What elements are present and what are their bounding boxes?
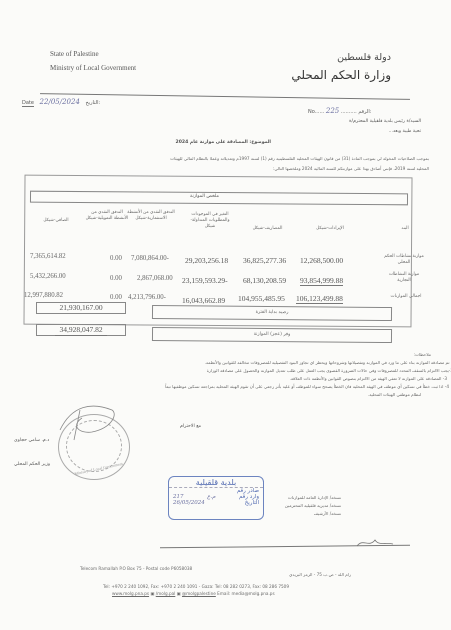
footer-address-en: Telecom Ramallah P.O Box 75 - Postal cod…: [80, 566, 192, 571]
col-header-working-capital: التغير في الموجودات والمطلوبات المتداولة…: [186, 212, 234, 231]
signature-scribble-icon: [52, 400, 122, 445]
stamp-date-row: التاريخ 26/05/2024: [169, 500, 263, 506]
body-line-2: المحلية لسنة 2019، فإنني أصادق بهذا على …: [273, 166, 429, 171]
row-3-net: 12,997,880.82: [24, 292, 63, 299]
header-ministry-ar: وزارة الحكم المحلي: [291, 68, 391, 82]
row-1-net: 7,365,614.82: [30, 253, 66, 260]
col-header-item: البند: [390, 226, 420, 232]
date-label-en: Date: [22, 100, 34, 107]
cc-item-2: نسخة/ مديرية قلقيلية المحترمين: [285, 503, 341, 508]
surplus-label-box: وفر (عجز) الموازنة: [152, 327, 392, 343]
row-1-financing: 0.00: [110, 255, 122, 262]
row-1-item: موازنة نشاطات الحكم المحلي: [384, 254, 424, 266]
ref-row: No...... 225 .......... الرقم:: [308, 107, 371, 115]
signer-name: د.م. سامي حجاوي: [14, 438, 49, 443]
opening-balance-label-box: رصيد بداية الفترة: [152, 305, 392, 321]
header-state-en: State of Palestine: [50, 50, 99, 58]
row-3-revenues: 106,123,499.88: [296, 294, 343, 304]
row-3-item: اجمالي الموازنات: [386, 294, 426, 300]
col-header-net: الصافي-شيكل: [36, 218, 76, 224]
row-3-investing: 4,213,796.00-: [128, 294, 166, 301]
row-3-expenses: 104,955,485.95: [238, 294, 285, 303]
row-2-revenues: 93,854,999.88: [300, 276, 343, 286]
note-5: لنظام موظفي الهيئات المحلية.: [368, 392, 421, 397]
initials-scribble-icon: [355, 536, 395, 550]
ref-label-en: No: [308, 109, 315, 115]
col-header-expenses: المصاريف-شيكل: [240, 226, 295, 232]
row-2-expenses: 68,130,208.59: [243, 276, 286, 285]
greeting: تحية طيبة وبعد...: [389, 129, 421, 134]
budget-summary-title: ملخص الموازنة: [190, 194, 219, 199]
row-1-working-capital: 29,203,256.18: [185, 256, 228, 265]
row-1-expenses: 36,825,277.36: [243, 256, 286, 265]
twitter-link[interactable]: @molgpalestine: [182, 591, 216, 596]
cc-item-3: نسخة/ الأرشيف: [314, 511, 341, 516]
row-2-investing: 2,867,068.00: [137, 275, 173, 282]
row-2-financing: 0.00: [110, 275, 122, 282]
row-1-investing: 7,080,864.00-: [131, 255, 169, 262]
row-2-net: 5,432,266.00: [30, 273, 66, 280]
stamp-incoming-ref: م.ع: [207, 494, 215, 500]
row-2-working-capital: 23,159,593.29-: [182, 276, 228, 285]
row-2-item: موازنة النشاطات التجارية: [384, 272, 424, 284]
ref-value: 225: [326, 107, 339, 115]
notes-title: ملاحظات:: [414, 352, 431, 357]
twitter-icon: ▣: [177, 591, 181, 596]
stamp-outgoing-label: صادر رقم: [169, 487, 263, 494]
stamp-date-label: التاريخ: [245, 500, 259, 506]
header-ministry-en: Ministry of Local Government: [50, 64, 136, 72]
note-4: 4- اذا ثبت خطأ في تسكين أي موظف في الهيئ…: [165, 384, 449, 389]
ref-label-ar: الرقم:: [358, 109, 371, 115]
col-header-revenues: الإيرادات-شيكل: [300, 226, 360, 232]
row-3-financing: 0.00: [110, 294, 122, 301]
footer-address-ar: رام الله - ص.ب 75 - الرمز البريدي: [289, 572, 351, 577]
note-2: 2-يجب الالتزام بالسقف المحدد للمصروفات و…: [207, 368, 451, 373]
surplus-label: وفر (عجز) الموازنة: [153, 328, 391, 342]
date-value: 22/05/2024: [40, 98, 80, 106]
opening-balance-value: 21,930,167.00: [37, 303, 125, 313]
email-label: Email:: [217, 591, 230, 596]
surplus-value: 34,928,047.82: [55, 325, 107, 336]
date-label-ar: التاريخ:: [86, 100, 101, 106]
header-state-ar: دولة فلسطين: [337, 52, 391, 63]
note-3: 3- المصادقة على الموازنة لا تعفي الهيئة …: [290, 376, 447, 381]
col-header-financing: التدفق النقدي من الأنشطة التمويلية-شيكل: [84, 210, 130, 222]
opening-balance-value-box: 21,930,167.00: [36, 302, 126, 314]
row-3-working-capital: 16,043,662.89: [182, 296, 225, 305]
body-line-1: بموجب الصلاحيات المخولة لي بموجب المادة …: [170, 156, 429, 161]
footer-phones: Tel: +970 2 240 1092, Fax: +970 2 240 10…: [103, 584, 289, 589]
signer-title: وزير الحكم المحلي: [14, 462, 50, 467]
cc-item-1: نسخة/ الإدارة العامة للموازنات: [288, 495, 341, 500]
facebook-link[interactable]: /molg.pal: [156, 591, 176, 596]
addressee: السيد/ة رئيس بلدية قلقيلية المحترم/ة: [349, 119, 421, 124]
footer-links: www.molg.pna.ps ▣ /molg.pal ▣ @molgpales…: [112, 591, 275, 596]
col-header-investing: التدفق النقدي من الأنشطة الاستثمارية-شيك…: [126, 210, 176, 222]
date-row: Date 22/05/2024 التاريخ:: [22, 98, 100, 106]
regards: مع الاحترام: [180, 424, 201, 429]
receipt-stamp: بلدية قلقيلية صادر رقم وارد رقم م.ع 217 …: [168, 476, 264, 520]
website-link[interactable]: www.molg.pna.ps: [112, 591, 149, 596]
facebook-icon: ▣: [150, 591, 154, 596]
email-link[interactable]: media@molg.pna.ps: [232, 591, 275, 596]
note-1: 1- تم مصادقة الموازنة بناء على ما ورد في…: [205, 360, 451, 365]
opening-balance-label: رصيد بداية الفترة: [153, 306, 391, 320]
surplus-value-box: 34,928,047.82: [36, 324, 126, 336]
stamp-title: بلدية قلقيلية: [169, 478, 263, 487]
stamp-date-value: 26/05/2024: [173, 500, 205, 506]
row-1-revenues: 12,268,500.00: [300, 256, 343, 265]
document-page: State of Palestine Ministry of Local Gov…: [0, 0, 451, 630]
subject-line: الموضوع: المصادقة على موازنة عام 2024: [176, 140, 271, 145]
